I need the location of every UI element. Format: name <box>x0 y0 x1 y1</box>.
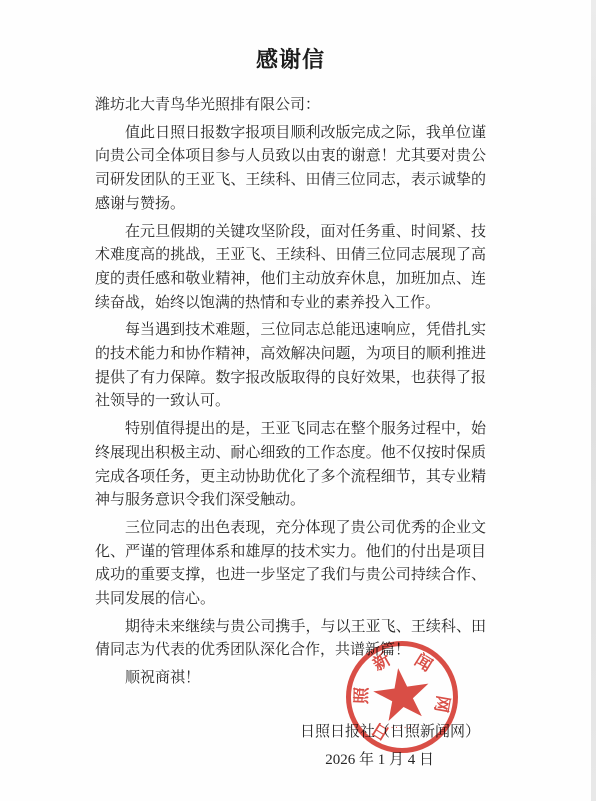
signature-block: 日照日报社（日照新闻网） 2026 年 1 月 4 日 <box>95 721 486 772</box>
paragraph-6: 期待未来继续与贵公司携手，与以王亚飞、王续科、田倩同志为代表的优秀团队深化合作，… <box>95 616 486 663</box>
closing-salutation: 顺祝商祺！ <box>95 667 486 691</box>
letter-body: 潍坊北大青鸟华光照排有限公司： 值此日照日报数字报项目顺利改版完成之际，我单位谨… <box>95 94 486 776</box>
letter-page: 感谢信 潍坊北大青鸟华光照排有限公司： 值此日照日报数字报项目顺利改版完成之际，… <box>0 0 596 801</box>
page-edge-shadow <box>591 0 596 801</box>
date-line: 2026 年 1 月 4 日 <box>95 749 486 773</box>
letter-title: 感谢信 <box>95 43 486 74</box>
paragraph-5: 三位同志的出色表现，充分体现了贵公司优秀的企业文化、严谨的管理体系和雄厚的技术实… <box>95 517 486 612</box>
paragraph-4: 特别值得提出的是，王亚飞同志在整个服务过程中，始终展现出积极主动、耐心细致的工作… <box>95 418 486 513</box>
paragraph-3: 每当遇到技术难题，三位同志总能迅速响应，凭借扎实的技术能力和协作精神，高效解决问… <box>95 319 486 414</box>
paragraph-2: 在元旦假期的关键攻坚阶段，面对任务重、时间紧、技术难度高的挑战，王亚飞、王续科、… <box>95 221 486 316</box>
signature-line: 日照日报社（日照新闻网） <box>95 721 486 745</box>
addressee-line: 潍坊北大青鸟华光照排有限公司： <box>95 94 486 118</box>
paragraph-1: 值此日照日报数字报项目顺利改版完成之际，我单位谨向贵公司全体项目参与人员致以由衷… <box>95 122 486 217</box>
